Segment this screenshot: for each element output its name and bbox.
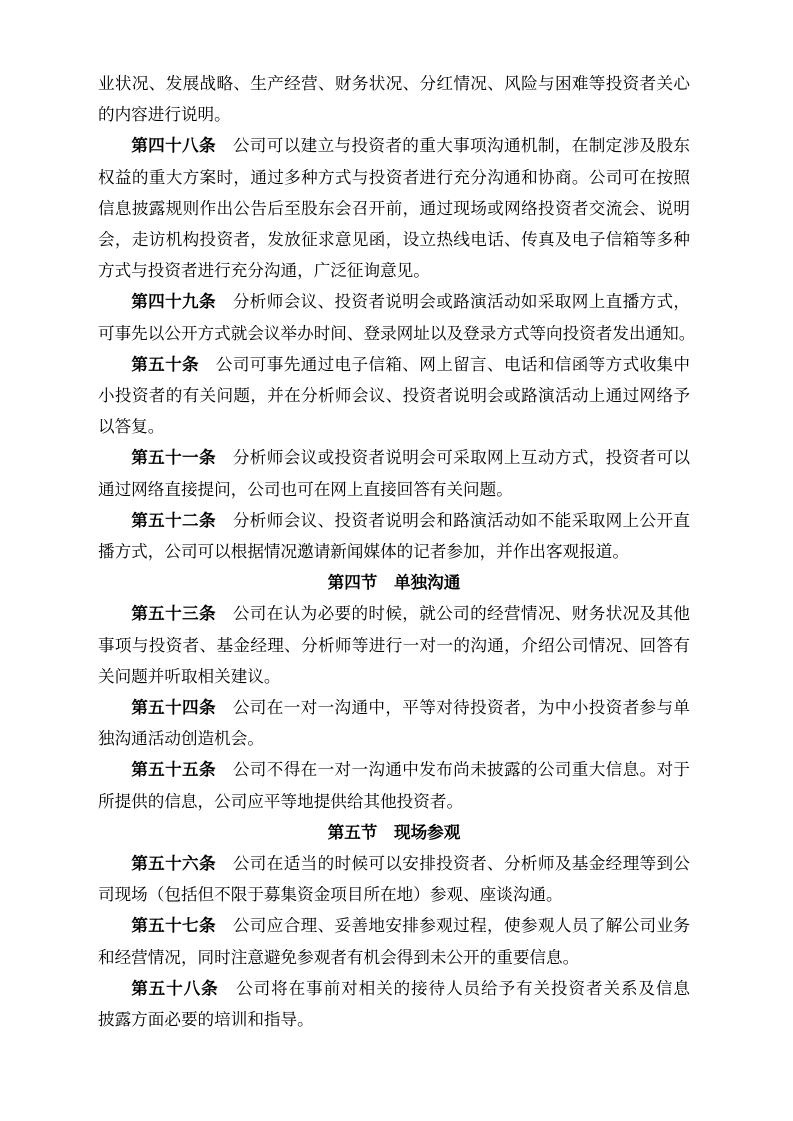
text-line: 和经营情况，同时注意避免参观者有机会得到未公开的重要信息。 (98, 942, 690, 973)
text-line: 播方式，公司可以根据情况邀请新闻媒体的记者参加，并作出客观报道。 (98, 536, 690, 567)
text-line: 会，走访机构投资者，发放征求意见函，设立热线电话、传真及电子信箱等多种 (98, 224, 690, 255)
text-line: 第五十三条 公司在认为必要的时候，就公司的经营情况、财务状况及其他 (98, 598, 690, 629)
text-line: 第五十二条 分析师会议、投资者说明会和路演活动如不能采取网上公开直 (98, 505, 690, 536)
line-text: 信息披露规则作出公告后至股东会召开前，通过现场或网络投资者交流会、说明 (98, 199, 690, 218)
line-text: 分析师会议或投资者说明会可采取网上互动方式，投资者可以 (216, 448, 690, 467)
text-line: 以答复。 (98, 411, 690, 442)
article-number: 第五十七条 (131, 916, 216, 935)
line-text: 关问题并听取相关建议。 (98, 667, 281, 686)
line-text: 公司可以建立与投资者的重大事项沟通机制，在制定涉及股东 (216, 136, 690, 155)
article-number: 第五十八条 (131, 979, 218, 998)
text-line: 第五十五条 公司不得在一对一沟通中发布尚未披露的公司重大信息。对于 (98, 754, 690, 785)
text-line: 第五十条 公司可事先通过电子信箱、网上留言、电话和信函等方式收集中 (98, 349, 690, 380)
text-line: 第五十一条 分析师会议或投资者说明会可采取网上互动方式，投资者可以 (98, 442, 690, 473)
text-line: 第五十四条 公司在一对一沟通中，平等对待投资者，为中小投资者参与单 (98, 692, 690, 723)
text-line: 第四十八条 公司可以建立与投资者的重大事项沟通机制，在制定涉及股东 (98, 130, 690, 161)
article-number: 第四十八条 (131, 136, 216, 155)
line-text: 以答复。 (98, 417, 164, 436)
line-text: 会，走访机构投资者，发放征求意见函，设立热线电话、传真及电子信箱等多种 (98, 230, 690, 249)
line-text: 公司在认为必要的时候，就公司的经营情况、财务状况及其他 (216, 604, 690, 623)
text-line: 小投资者的有关问题，并在分析师会议、投资者说明会或路演活动上通过网络予 (98, 380, 690, 411)
line-text: 公司将在事前对相关的接待人员给予有关投资者关系及信息 (219, 979, 690, 998)
text-line: 所提供的信息，公司应平等地提供给其他投资者。 (98, 786, 690, 817)
article-number: 第五十六条 (131, 854, 216, 873)
article-number: 第五十条 (131, 355, 199, 374)
text-line: 关问题并听取相关建议。 (98, 661, 690, 692)
line-text: 披露方面必要的培训和指导。 (98, 1010, 314, 1029)
line-text: 公司在一对一沟通中，平等对待投资者，为中小投资者参与单 (216, 698, 690, 717)
text-line: 的内容进行说明。 (98, 99, 690, 130)
text-line: 披露方面必要的培训和指导。 (98, 1004, 690, 1035)
text-line: 第五十八条 公司将在事前对相关的接待人员给予有关投资者关系及信息 (98, 973, 690, 1004)
text-line: 第五十七条 公司应合理、妥善地安排参观过程，使参观人员了解公司业务 (98, 910, 690, 941)
text-line: 独沟通活动创造机会。 (98, 723, 690, 754)
line-text: 公司不得在一对一沟通中发布尚未披露的公司重大信息。对于 (216, 760, 690, 779)
line-text: 小投资者的有关问题，并在分析师会议、投资者说明会或路演活动上通过网络予 (98, 386, 690, 405)
document-page: 业状况、发展战略、生产经营、财务状况、分红情况、风险与困难等投资者关心的内容进行… (0, 0, 793, 1121)
article-number: 第五十三条 (131, 604, 216, 623)
text-line: 可事先以公开方式就会议举办时间、登录网址以及登录方式等向投资者发出通知。 (98, 318, 690, 349)
document-text-block: 业状况、发展战略、生产经营、财务状况、分红情况、风险与困难等投资者关心的内容进行… (98, 68, 690, 1035)
line-text: 事项与投资者、基金经理、分析师等进行一对一的沟通，介绍公司情况、回答有 (98, 636, 690, 655)
text-line: 事项与投资者、基金经理、分析师等进行一对一的沟通，介绍公司情况、回答有 (98, 630, 690, 661)
article-number: 第五十五条 (131, 760, 216, 779)
section-heading: 第四节 单独沟通 (98, 567, 690, 598)
line-text: 播方式，公司可以根据情况邀请新闻媒体的记者参加，并作出客观报道。 (98, 542, 629, 561)
line-text: 的内容进行说明。 (98, 105, 231, 124)
text-line: 第五十六条 公司在适当的时候可以安排投资者、分析师及基金经理等到公 (98, 848, 690, 879)
article-number: 第五十一条 (131, 448, 216, 467)
text-line: 信息披露规则作出公告后至股东会召开前，通过现场或网络投资者交流会、说明 (98, 193, 690, 224)
article-number: 第五十二条 (131, 511, 216, 530)
line-text: 分析师会议、投资者说明会或路演活动如采取网上直播方式， (216, 292, 690, 311)
line-text: 方式与投资者进行充分沟通，广泛征询意见。 (98, 261, 430, 280)
line-text: 所提供的信息，公司应平等地提供给其他投资者。 (98, 792, 463, 811)
text-line: 第四十九条 分析师会议、投资者说明会或路演活动如采取网上直播方式， (98, 286, 690, 317)
line-text: 通过网络直接提问，公司也可在网上直接回答有关问题。 (98, 480, 513, 499)
line-text: 司现场（包括但不限于募集资金项目所在地）参观、座谈沟通。 (98, 885, 563, 904)
line-text: 公司可事先通过电子信箱、网上留言、电话和信函等方式收集中 (199, 355, 690, 374)
text-line: 业状况、发展战略、生产经营、财务状况、分红情况、风险与困难等投资者关心 (98, 68, 690, 99)
text-line: 通过网络直接提问，公司也可在网上直接回答有关问题。 (98, 474, 690, 505)
line-text: 独沟通活动创造机会。 (98, 729, 264, 748)
section-heading: 第五节 现场参观 (98, 817, 690, 848)
text-line: 司现场（包括但不限于募集资金项目所在地）参观、座谈沟通。 (98, 879, 690, 910)
line-text: 和经营情况，同时注意避免参观者有机会得到未公开的重要信息。 (98, 948, 579, 967)
text-line: 方式与投资者进行充分沟通，广泛征询意见。 (98, 255, 690, 286)
line-text: 业状况、发展战略、生产经营、财务状况、分红情况、风险与困难等投资者关心 (98, 74, 690, 93)
heading-text: 第四节 单独沟通 (328, 573, 461, 592)
article-number: 第四十九条 (131, 292, 216, 311)
line-text: 公司应合理、妥善地安排参观过程，使参观人员了解公司业务 (216, 916, 690, 935)
line-text: 权益的重大方案时，通过多种方式与投资者进行充分沟通和协商。公司可在按照 (98, 168, 690, 187)
line-text: 可事先以公开方式就会议举办时间、登录网址以及登录方式等向投资者发出通知。 (98, 324, 695, 343)
article-number: 第五十四条 (131, 698, 216, 717)
text-line: 权益的重大方案时，通过多种方式与投资者进行充分沟通和协商。公司可在按照 (98, 162, 690, 193)
line-text: 分析师会议、投资者说明会和路演活动如不能采取网上公开直 (216, 511, 690, 530)
line-text: 公司在适当的时候可以安排投资者、分析师及基金经理等到公 (216, 854, 690, 873)
heading-text: 第五节 现场参观 (328, 823, 461, 842)
